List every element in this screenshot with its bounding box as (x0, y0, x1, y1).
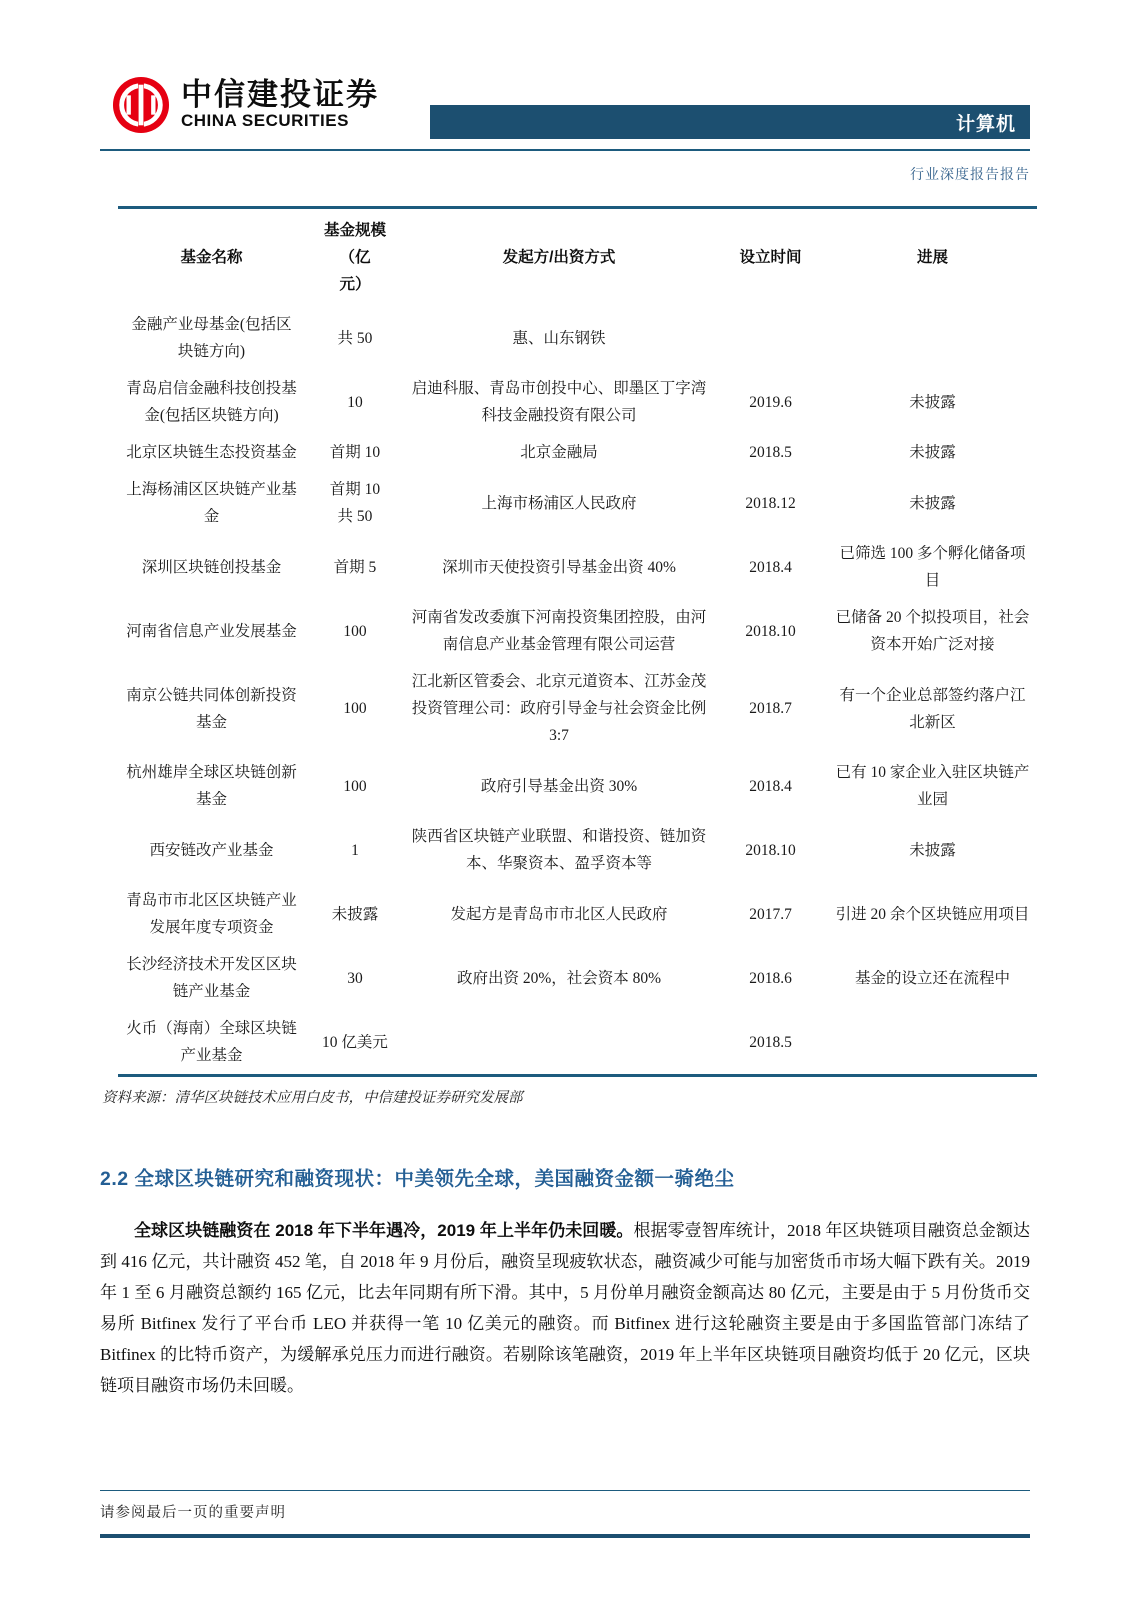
fund-size: 共 50 (305, 306, 405, 370)
table-body: 金融产业母基金(包括区块链方向) 共 50 惠、山东钢铁 青岛启信金融科技创投基… (118, 306, 1037, 1076)
fund-name: 青岛启信金融科技创投基金(包括区块链方向) (118, 370, 305, 434)
table-header: 基金名称 基金规模（亿 元） 发起方/出资方式 设立时间 进展 (118, 208, 1037, 307)
industry-label: 计算机 (956, 109, 1016, 136)
fund-size: 30 (305, 946, 405, 1010)
col-header-fund-size: 基金规模（亿 元） (305, 208, 405, 307)
fund-sponsor: 惠、山东钢铁 (405, 306, 713, 370)
fund-size: 首期 10 共 50 (305, 471, 405, 535)
fund-sponsor: 陕西省区块链产业联盟、和谐投资、链加资本、华聚资本、盈孚资本等 (405, 818, 713, 882)
footer-divider-thick (100, 1534, 1030, 1538)
fund-progress: 引进 20 余个区块链应用项目 (828, 882, 1037, 946)
fund-name: 杭州雄岸全球区块链创新基金 (118, 754, 305, 818)
fund-size: 100 (305, 599, 405, 663)
fund-date: 2018.10 (713, 599, 828, 663)
fund-name: 金融产业母基金(包括区块链方向) (118, 306, 305, 370)
paragraph-body-text: 根据零壹智库统计，2018 年区块链项目融资总金额达到 416 亿元，共计融资 … (100, 1221, 1030, 1395)
fund-date: 2019.6 (713, 370, 828, 434)
footer-disclaimer: 请参阅最后一页的重要声明 (100, 1501, 1030, 1522)
table-row: 火币（海南）全球区块链产业基金 10 亿美元 2018.5 (118, 1010, 1037, 1076)
fund-name: 北京区块链生态投资基金 (118, 434, 305, 471)
fund-name: 上海杨浦区区块链产业基金 (118, 471, 305, 535)
fund-sponsor: 政府引导基金出资 30% (405, 754, 713, 818)
table-row: 上海杨浦区区块链产业基金 首期 10 共 50 上海市杨浦区人民政府 2018.… (118, 471, 1037, 535)
table-row: 长沙经济技术开发区区块链产业基金 30 政府出资 20%，社会资本 80% 20… (118, 946, 1037, 1010)
fund-sponsor: 启迪科服、青岛市创投中心、即墨区丁字湾科技金融投资有限公司 (405, 370, 713, 434)
fund-date: 2018.5 (713, 434, 828, 471)
logo-name-cn: 中信建投证券 (181, 79, 379, 112)
fund-size: 1 (305, 818, 405, 882)
table-row: 青岛市市北区区块链产业发展年度专项资金 未披露 发起方是青岛市市北区人民政府 2… (118, 882, 1037, 946)
fund-size: 10 (305, 370, 405, 434)
fund-sponsor: 政府出资 20%，社会资本 80% (405, 946, 713, 1010)
fund-name: 长沙经济技术开发区区块链产业基金 (118, 946, 305, 1010)
fund-progress (828, 1010, 1037, 1076)
fund-date: 2018.6 (713, 946, 828, 1010)
main-content: 基金名称 基金规模（亿 元） 发起方/出资方式 设立时间 进展 金融产业母基金(… (0, 0, 1131, 1401)
fund-date: 2018.7 (713, 663, 828, 754)
fund-progress (828, 306, 1037, 370)
fund-date: 2018.5 (713, 1010, 828, 1076)
fund-size: 首期 5 (305, 535, 405, 599)
table-source-note: 资料来源：清华区块链技术应用白皮书，中信建投证券研究发展部 (102, 1086, 1037, 1107)
table-row: 西安链改产业基金 1 陕西省区块链产业联盟、和谐投资、链加资本、华聚资本、盈孚资… (118, 818, 1037, 882)
fund-progress: 基金的设立还在流程中 (828, 946, 1037, 1010)
fund-size: 首期 10 (305, 434, 405, 471)
fund-sponsor: 发起方是青岛市市北区人民政府 (405, 882, 713, 946)
fund-progress: 未披露 (828, 434, 1037, 471)
fund-name: 火币（海南）全球区块链产业基金 (118, 1010, 305, 1076)
citic-logo-icon (112, 76, 170, 134)
fund-name: 河南省信息产业发展基金 (118, 599, 305, 663)
col-header-sponsor: 发起方/出资方式 (405, 208, 713, 307)
table-header-row: 基金名称 基金规模（亿 元） 发起方/出资方式 设立时间 进展 (118, 208, 1037, 307)
fund-progress: 有一个企业总部签约落户江北新区 (828, 663, 1037, 754)
header-divider (100, 149, 1030, 151)
table-row: 金融产业母基金(包括区块链方向) 共 50 惠、山东钢铁 (118, 306, 1037, 370)
fund-progress: 已储备 20 个拟投项目，社会资本开始广泛对接 (828, 599, 1037, 663)
fund-sponsor: 北京金融局 (405, 434, 713, 471)
col-header-date: 设立时间 (713, 208, 828, 307)
fund-sponsor: 江北新区管委会、北京元道资本、江苏金茂投资管理公司：政府引导金与社会资金比例 3… (405, 663, 713, 754)
footer-divider-thin (100, 1490, 1030, 1491)
fund-date: 2018.4 (713, 535, 828, 599)
fund-date: 2018.12 (713, 471, 828, 535)
fund-progress: 未披露 (828, 370, 1037, 434)
section-heading: 2.2 全球区块链研究和融资现状：中美领先全球，美国融资金额一骑绝尘 (100, 1163, 1037, 1191)
fund-date: 2018.4 (713, 754, 828, 818)
fund-sponsor: 河南省发改委旗下河南投资集团控股，由河南信息产业基金管理有限公司运营 (405, 599, 713, 663)
table-row: 深圳区块链创投基金 首期 5 深圳市天使投资引导基金出资 40% 2018.4 … (118, 535, 1037, 599)
report-type-label: 行业深度报告报告 (100, 164, 1030, 184)
fund-progress: 已筛选 100 多个孵化储备项目 (828, 535, 1037, 599)
fund-sponsor: 深圳市天使投资引导基金出资 40% (405, 535, 713, 599)
fund-name: 青岛市市北区区块链产业发展年度专项资金 (118, 882, 305, 946)
fund-date: 2018.10 (713, 818, 828, 882)
report-page: 中信建投证券 CHINA SECURITIES 计算机 行业深度报告报告 基金名… (0, 0, 1131, 1600)
table-row: 杭州雄岸全球区块链创新基金 100 政府引导基金出资 30% 2018.4 已有… (118, 754, 1037, 818)
fund-size: 100 (305, 754, 405, 818)
fund-name: 西安链改产业基金 (118, 818, 305, 882)
industry-banner: 计算机 (430, 105, 1030, 139)
logo-name-en: CHINA SECURITIES (181, 111, 379, 131)
fund-progress: 未披露 (828, 818, 1037, 882)
fund-size: 未披露 (305, 882, 405, 946)
table-row: 青岛启信金融科技创投基金(包括区块链方向) 10 启迪科服、青岛市创投中心、即墨… (118, 370, 1037, 434)
body-paragraph: 全球区块链融资在 2018 年下半年遇冷，2019 年上半年仍未回暖。根据零壹智… (100, 1215, 1030, 1401)
fund-date: 2017.7 (713, 882, 828, 946)
blockchain-fund-table: 基金名称 基金规模（亿 元） 发起方/出资方式 设立时间 进展 金融产业母基金(… (118, 206, 1037, 1077)
fund-name: 深圳区块链创投基金 (118, 535, 305, 599)
table-row: 河南省信息产业发展基金 100 河南省发改委旗下河南投资集团控股，由河南信息产业… (118, 599, 1037, 663)
table-row: 北京区块链生态投资基金 首期 10 北京金融局 2018.5 未披露 (118, 434, 1037, 471)
fund-progress: 未披露 (828, 471, 1037, 535)
fund-sponsor (405, 1010, 713, 1076)
fund-sponsor: 上海市杨浦区人民政府 (405, 471, 713, 535)
company-logo: 中信建投证券 CHINA SECURITIES (112, 76, 379, 134)
fund-name: 南京公链共同体创新投资基金 (118, 663, 305, 754)
fund-date (713, 306, 828, 370)
table-row: 南京公链共同体创新投资基金 100 江北新区管委会、北京元道资本、江苏金茂投资管… (118, 663, 1037, 754)
fund-progress: 已有 10 家企业入驻区块链产业园 (828, 754, 1037, 818)
paragraph-lead-bold: 全球区块链融资在 2018 年下半年遇冷，2019 年上半年仍未回暖。 (134, 1221, 633, 1240)
col-header-fund-name: 基金名称 (118, 208, 305, 307)
fund-size: 100 (305, 663, 405, 754)
col-header-progress: 进展 (828, 208, 1037, 307)
fund-size: 10 亿美元 (305, 1010, 405, 1076)
logo-text: 中信建投证券 CHINA SECURITIES (181, 79, 379, 132)
